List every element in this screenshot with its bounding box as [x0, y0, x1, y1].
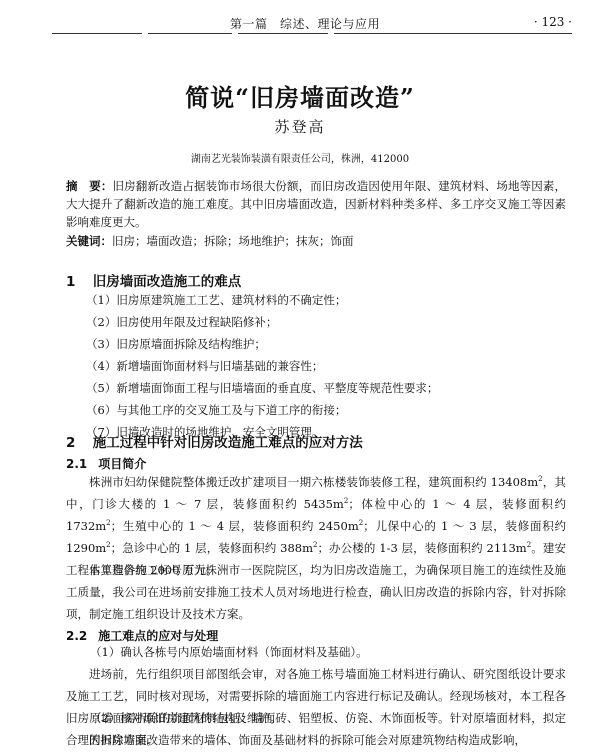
abstract: 摘 要：旧房翻新改造占据装饰市场很大份额，而旧房改造因使用年限、建筑材料、场地等…: [66, 177, 566, 231]
text-run: ；办公楼的 1-3 层，装修面积约 2113m: [317, 541, 526, 555]
list-item: （5）新增墙面饰面工程与旧墙墙面的垂直度、平整度等规范性要求；: [86, 377, 566, 399]
article-title: 简说“旧房墙面改造”: [0, 78, 600, 113]
keywords-label: 关键词：: [66, 234, 112, 248]
text-run: 株洲市妇幼保健院整体搬迁改扩建项目一期六栋楼装饰装修工程，建筑面积约 13408…: [89, 475, 538, 489]
paragraph-site-check: 本工程各施工标号原为株洲市一医院院区，均为旧房改造施工，为确保项目施工的连续性及…: [66, 559, 566, 625]
subsection-2-1-heading: 2.1 项目简介: [66, 455, 146, 472]
section-2-heading: 2 施工过程中针对旧房改造施工难点的应对方法: [66, 431, 363, 451]
document-page: 第一篇 综述、理论与应用 · 123 · 简说“旧房墙面改造” 苏登高 湖南艺光…: [0, 0, 600, 755]
affiliation: 湖南艺光装饰装潢有限责任公司，株洲，412000: [0, 150, 600, 165]
difficulty-list: （1）旧房原建筑施工工艺、建筑材料的不确定性； （2）旧房使用年限及过程缺陷修补…: [86, 289, 566, 443]
subsection-title: 项目简介: [98, 457, 146, 471]
abstract-text: 旧房翻新改造占据装饰市场很大份额，而旧房改造因使用年限、建筑材料、场地等因素，大…: [66, 179, 566, 229]
header-rule-solid: [412, 33, 572, 34]
numbered-item-2: （2）核对原旧房建筑的结构及维护。: [90, 707, 281, 729]
text-run: ；急诊中心的 1 层，装修面积约 388m: [111, 541, 313, 555]
subsection-number: 2.1: [66, 457, 94, 471]
page-number: · 123 ·: [534, 15, 572, 29]
text-run: ；生殖中心的 1 ～ 4 层，装修面积约 2450m: [111, 519, 359, 533]
running-head: 第一篇 综述、理论与应用 · 123 ·: [52, 0, 572, 40]
section-title: 施工过程中针对旧房改造施工难点的应对方法: [93, 435, 363, 451]
list-item: （3）旧房原墙面拆除及结构维护；: [86, 333, 566, 355]
keywords-text: 旧房；墙面改造；拆除；场地维护；抹灰；饰面: [112, 234, 354, 248]
numbered-item-1: （1）确认各栋号内原始墙面材料（饰面材料及基础）。: [90, 641, 368, 663]
running-head-title: 第一篇 综述、理论与应用: [230, 15, 380, 32]
section-number: 2: [66, 435, 88, 451]
list-item: （4）新增墙面饰面材料与旧墙基础的兼容性；: [86, 355, 566, 377]
list-item: （2）旧房使用年限及过程缺陷修补；: [86, 311, 566, 333]
list-item: （1）旧房原建筑施工工艺、建筑材料的不确定性；: [86, 289, 566, 311]
keywords: 关键词：旧房；墙面改造；拆除；场地维护；抹灰；饰面: [66, 232, 566, 250]
author: 苏登高: [0, 116, 600, 137]
abstract-label: 摘 要：: [66, 179, 113, 193]
list-item: （6）与其他工序的交叉施工及与下道工序的衔接；: [86, 399, 566, 421]
section-title: 旧房墙面改造施工的难点: [93, 274, 242, 290]
section-number: 1: [66, 274, 88, 290]
paragraph-structure: 因旧房墙面改造带来的墙体、饰面及基础材料的拆除可能会对原建筑物结构造成影响，: [66, 729, 566, 751]
section-1-heading: 1 旧房墙面改造施工的难点: [66, 270, 241, 290]
